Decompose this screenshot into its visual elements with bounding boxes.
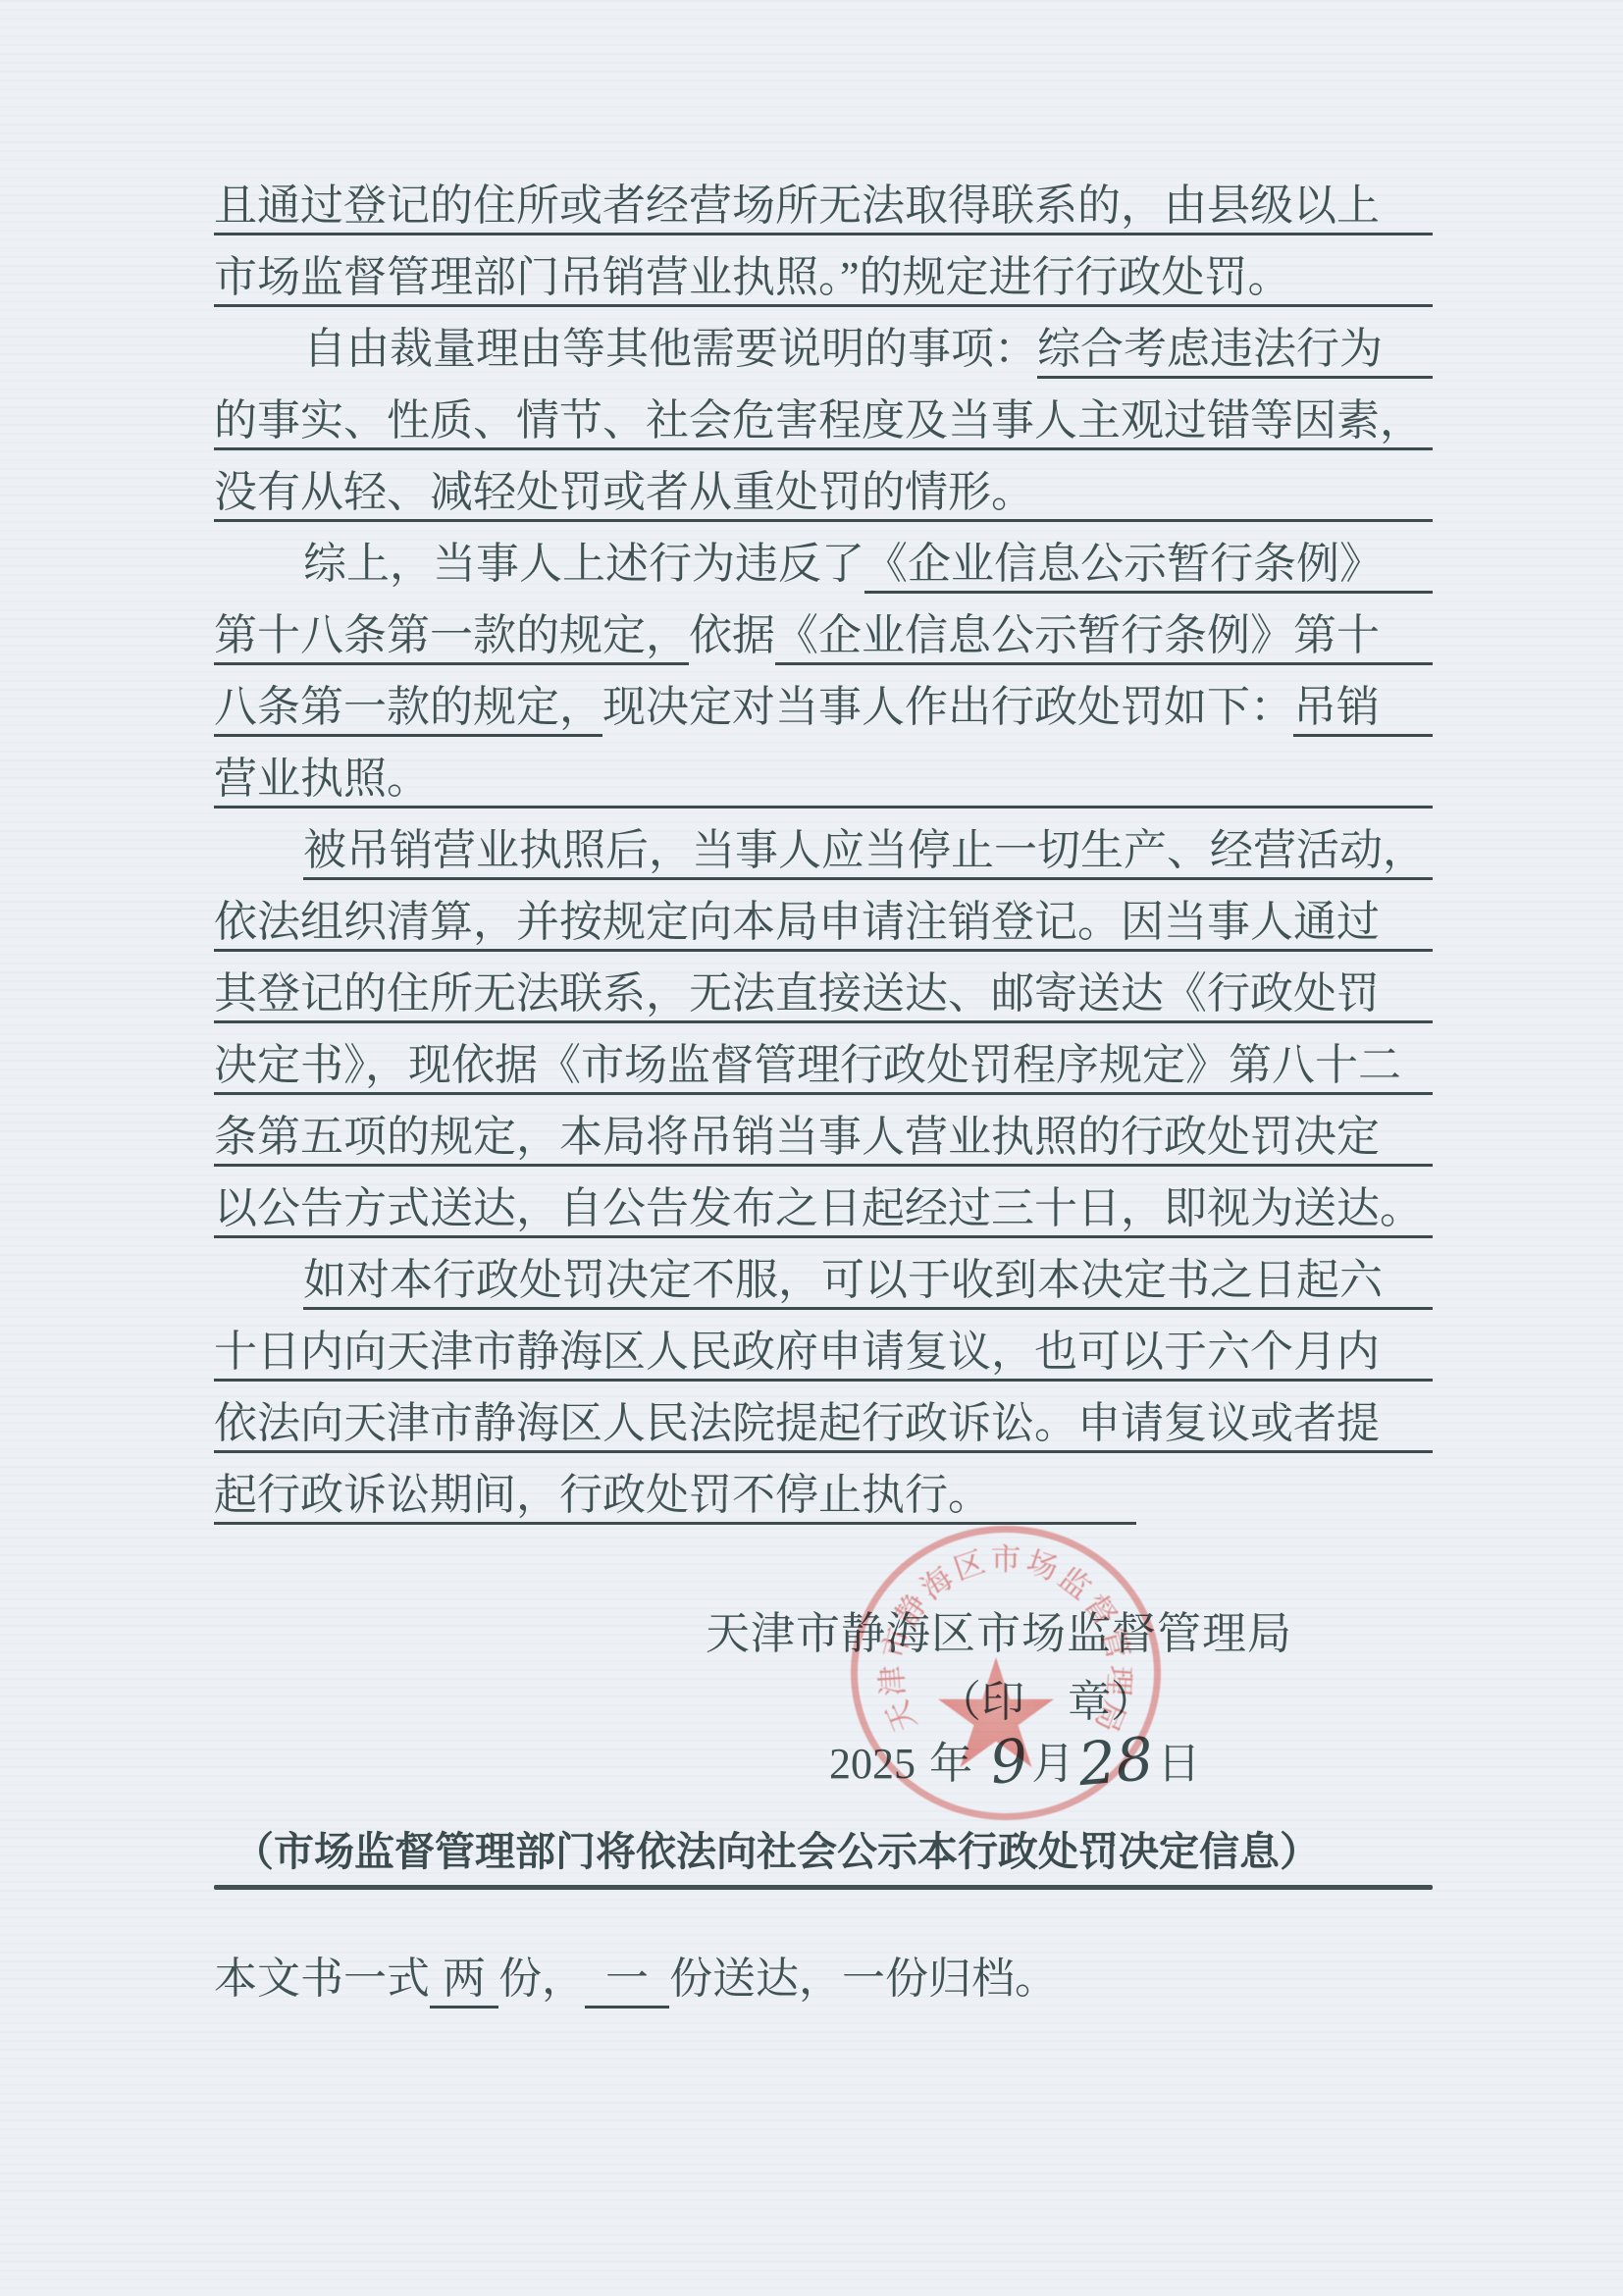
body-line: 被吊销营业执照后，当事人应当停止一切生产、经营活动， [214,824,1433,880]
filled-text-underlined: 综合考虑违法行为 [1037,323,1383,379]
blank-rule [1383,1254,1433,1310]
date-year: 2025 [829,1739,916,1790]
blank-rule [1380,681,1433,737]
date-year-label: 年 [929,1739,972,1790]
scanned-document-page: 且通过登记的住所或者经营场所无法取得联系的，由县级以上市场监督管理部门吊销营业执… [0,0,1623,2296]
body-line: 营业执照。 [214,753,1433,809]
filled-text-underlined: 的事实、性质、情节、社会危害程度及当事人主观过错等因素， [214,394,1423,450]
filled-text-underlined: 一 [585,1953,669,2009]
paragraph-indent [214,323,303,376]
form-text: 综上，当事人上述行为违反了 [303,538,864,591]
body-line: 市场监督管理部门吊销营业执照。”的规定进行行政处罚。 [214,251,1433,307]
blank-rule [1423,394,1433,450]
blank-rule [1423,1182,1433,1238]
filled-text-underlined: 以公告方式送达，自公告发布之日起经过三十日，即视为送达。 [214,1182,1423,1238]
copies-note: 本文书一式两份，一份送达，一份归档。 [214,1953,1058,2009]
body-line: 条第五项的规定，本局将吊销当事人营业执照的行政处罚决定 [214,1111,1433,1167]
body-line: 依法组织清算，并按规定向本局申请注销登记。因当事人通过 [214,896,1433,952]
blank-rule [991,1469,1136,1525]
decision-date: 2025年9月28日 [829,1735,1201,1790]
filled-text-underlined: 《企业信息公示暂行条例》 [864,538,1383,594]
date-day-label: 日 [1158,1739,1201,1790]
blank-rule [1380,1111,1433,1167]
seal-placeholder-text: （印 章） [938,1666,1154,1729]
blank-rule [1380,1326,1433,1382]
blank-rule [1380,609,1433,665]
filled-text-underlined: 决定书》，现依据《市场监督管理行政处罚程序规定》第八十二 [214,1039,1401,1095]
form-text: 份， [498,1953,585,2006]
filled-text-underlined: 依法向天津市静海区人民法院提起行政诉讼。申请复议或者提 [214,1397,1380,1453]
blank-rule [430,753,1433,809]
publicity-footnote: （市场监督管理部门将依法向社会公示本行政处罚决定信息） [234,1819,1320,1877]
seal-arc-char: 市 [989,1543,1022,1577]
blank-rule [1034,466,1433,522]
body-line: 起行政诉讼期间，行政处罚不停止执行。 [214,1469,1433,1525]
filled-text-underlined: 如对本行政处罚决定不服，可以于收到本决定书之日起六 [303,1254,1383,1310]
form-text: 份送达，一份归档。 [669,1953,1058,2006]
paragraph-indent [214,538,303,591]
filled-text-underlined: 且通过登记的住所或者经营场所无法取得联系的，由县级以上 [214,180,1380,235]
filled-text-underlined: 条第五项的规定，本局将吊销当事人营业执照的行政处罚决定 [214,1111,1380,1167]
blank-rule [1426,824,1433,880]
date-month-handwritten: 9 [988,1733,1030,1791]
body-line: 第十八条第一款的规定，依据《企业信息公示暂行条例》第十 [214,609,1433,665]
blank-rule [1380,967,1433,1023]
blank-rule [1401,1039,1433,1095]
filled-text-underlined: 被吊销营业执照后，当事人应当停止一切生产、经营活动， [303,824,1426,880]
filled-text-underlined: 依法组织清算，并按规定向本局申请注销登记。因当事人通过 [214,896,1380,952]
form-text: 现决定对当事人作出行政处罚如下： [602,681,1293,734]
body-line: 决定书》，现依据《市场监督管理行政处罚程序规定》第八十二 [214,1039,1433,1095]
filled-text-underlined: 吊销 [1293,681,1380,737]
form-text: 自由裁量理由等其他需要说明的事项： [303,323,1037,376]
body-line: 的事实、性质、情节、社会危害程度及当事人主观过错等因素， [214,394,1433,450]
seal-arc-char: 场 [1021,1545,1063,1588]
issuing-authority: 天津市静海区市场监督管理局 [706,1597,1292,1661]
blank-rule [1380,896,1433,952]
body-line: 自由裁量理由等其他需要说明的事项：综合考虑违法行为 [214,323,1433,379]
blank-rule [1383,538,1433,594]
paragraph-indent [214,824,303,877]
blank-rule [1380,180,1433,235]
body-line: 其登记的住所无法联系，无法直接送达、邮寄送达《行政处罚 [214,967,1433,1023]
seal-arc-char: 津 [875,1662,911,1697]
form-text: 依据 [689,609,775,662]
date-day-handwritten: 28 [1076,1732,1156,1793]
body-line: 如对本行政处罚决定不服，可以于收到本决定书之日起六 [214,1254,1433,1310]
filled-text-underlined: 起行政诉讼期间，行政处罚不停止执行。 [214,1469,991,1525]
filled-text-underlined: 八条第一款的规定， [214,681,602,737]
body-line: 没有从轻、减轻处罚或者从重处罚的情形。 [214,466,1433,522]
body-line: 十日内向天津市静海区人民政府申请复议，也可以于六个月内 [214,1326,1433,1382]
filled-text-underlined: 市场监督管理部门吊销营业执照。”的规定进行行政处罚。 [214,251,1291,307]
paragraph-indent [214,1254,303,1307]
filled-text-underlined: 第十八条第一款的规定， [214,609,689,665]
body-line: 且通过登记的住所或者经营场所无法取得联系的，由县级以上 [214,180,1433,235]
form-text: 本文书一式 [214,1953,430,2006]
body-line: 以公告方式送达，自公告发布之日起经过三十日，即视为送达。 [214,1182,1433,1238]
blank-rule [1380,1397,1433,1453]
footer-divider [214,1885,1433,1890]
seal-arc-char: 天 [880,1695,923,1738]
filled-text-underlined: 没有从轻、减轻处罚或者从重处罚的情形。 [214,466,1034,522]
date-month-label: 月 [1031,1739,1074,1790]
filled-text-underlined: 十日内向天津市静海区人民政府申请复议，也可以于六个月内 [214,1326,1380,1382]
filled-text-underlined: 其登记的住所无法联系，无法直接送达、邮寄送达《行政处罚 [214,967,1380,1023]
blank-rule [1291,251,1433,307]
body-line: 综上，当事人上述行为违反了《企业信息公示暂行条例》 [214,538,1433,594]
filled-text-underlined: 营业执照。 [214,753,430,809]
blank-rule [1383,323,1433,379]
body-line: 依法向天津市静海区人民法院提起行政诉讼。申请复议或者提 [214,1397,1433,1453]
seal-arc-char: 区 [948,1545,990,1588]
body-line: 八条第一款的规定，现决定对当事人作出行政处罚如下：吊销 [214,681,1433,737]
filled-text-underlined: 两 [430,1953,498,2009]
filled-text-underlined: 《企业信息公示暂行条例》第十 [775,609,1380,665]
